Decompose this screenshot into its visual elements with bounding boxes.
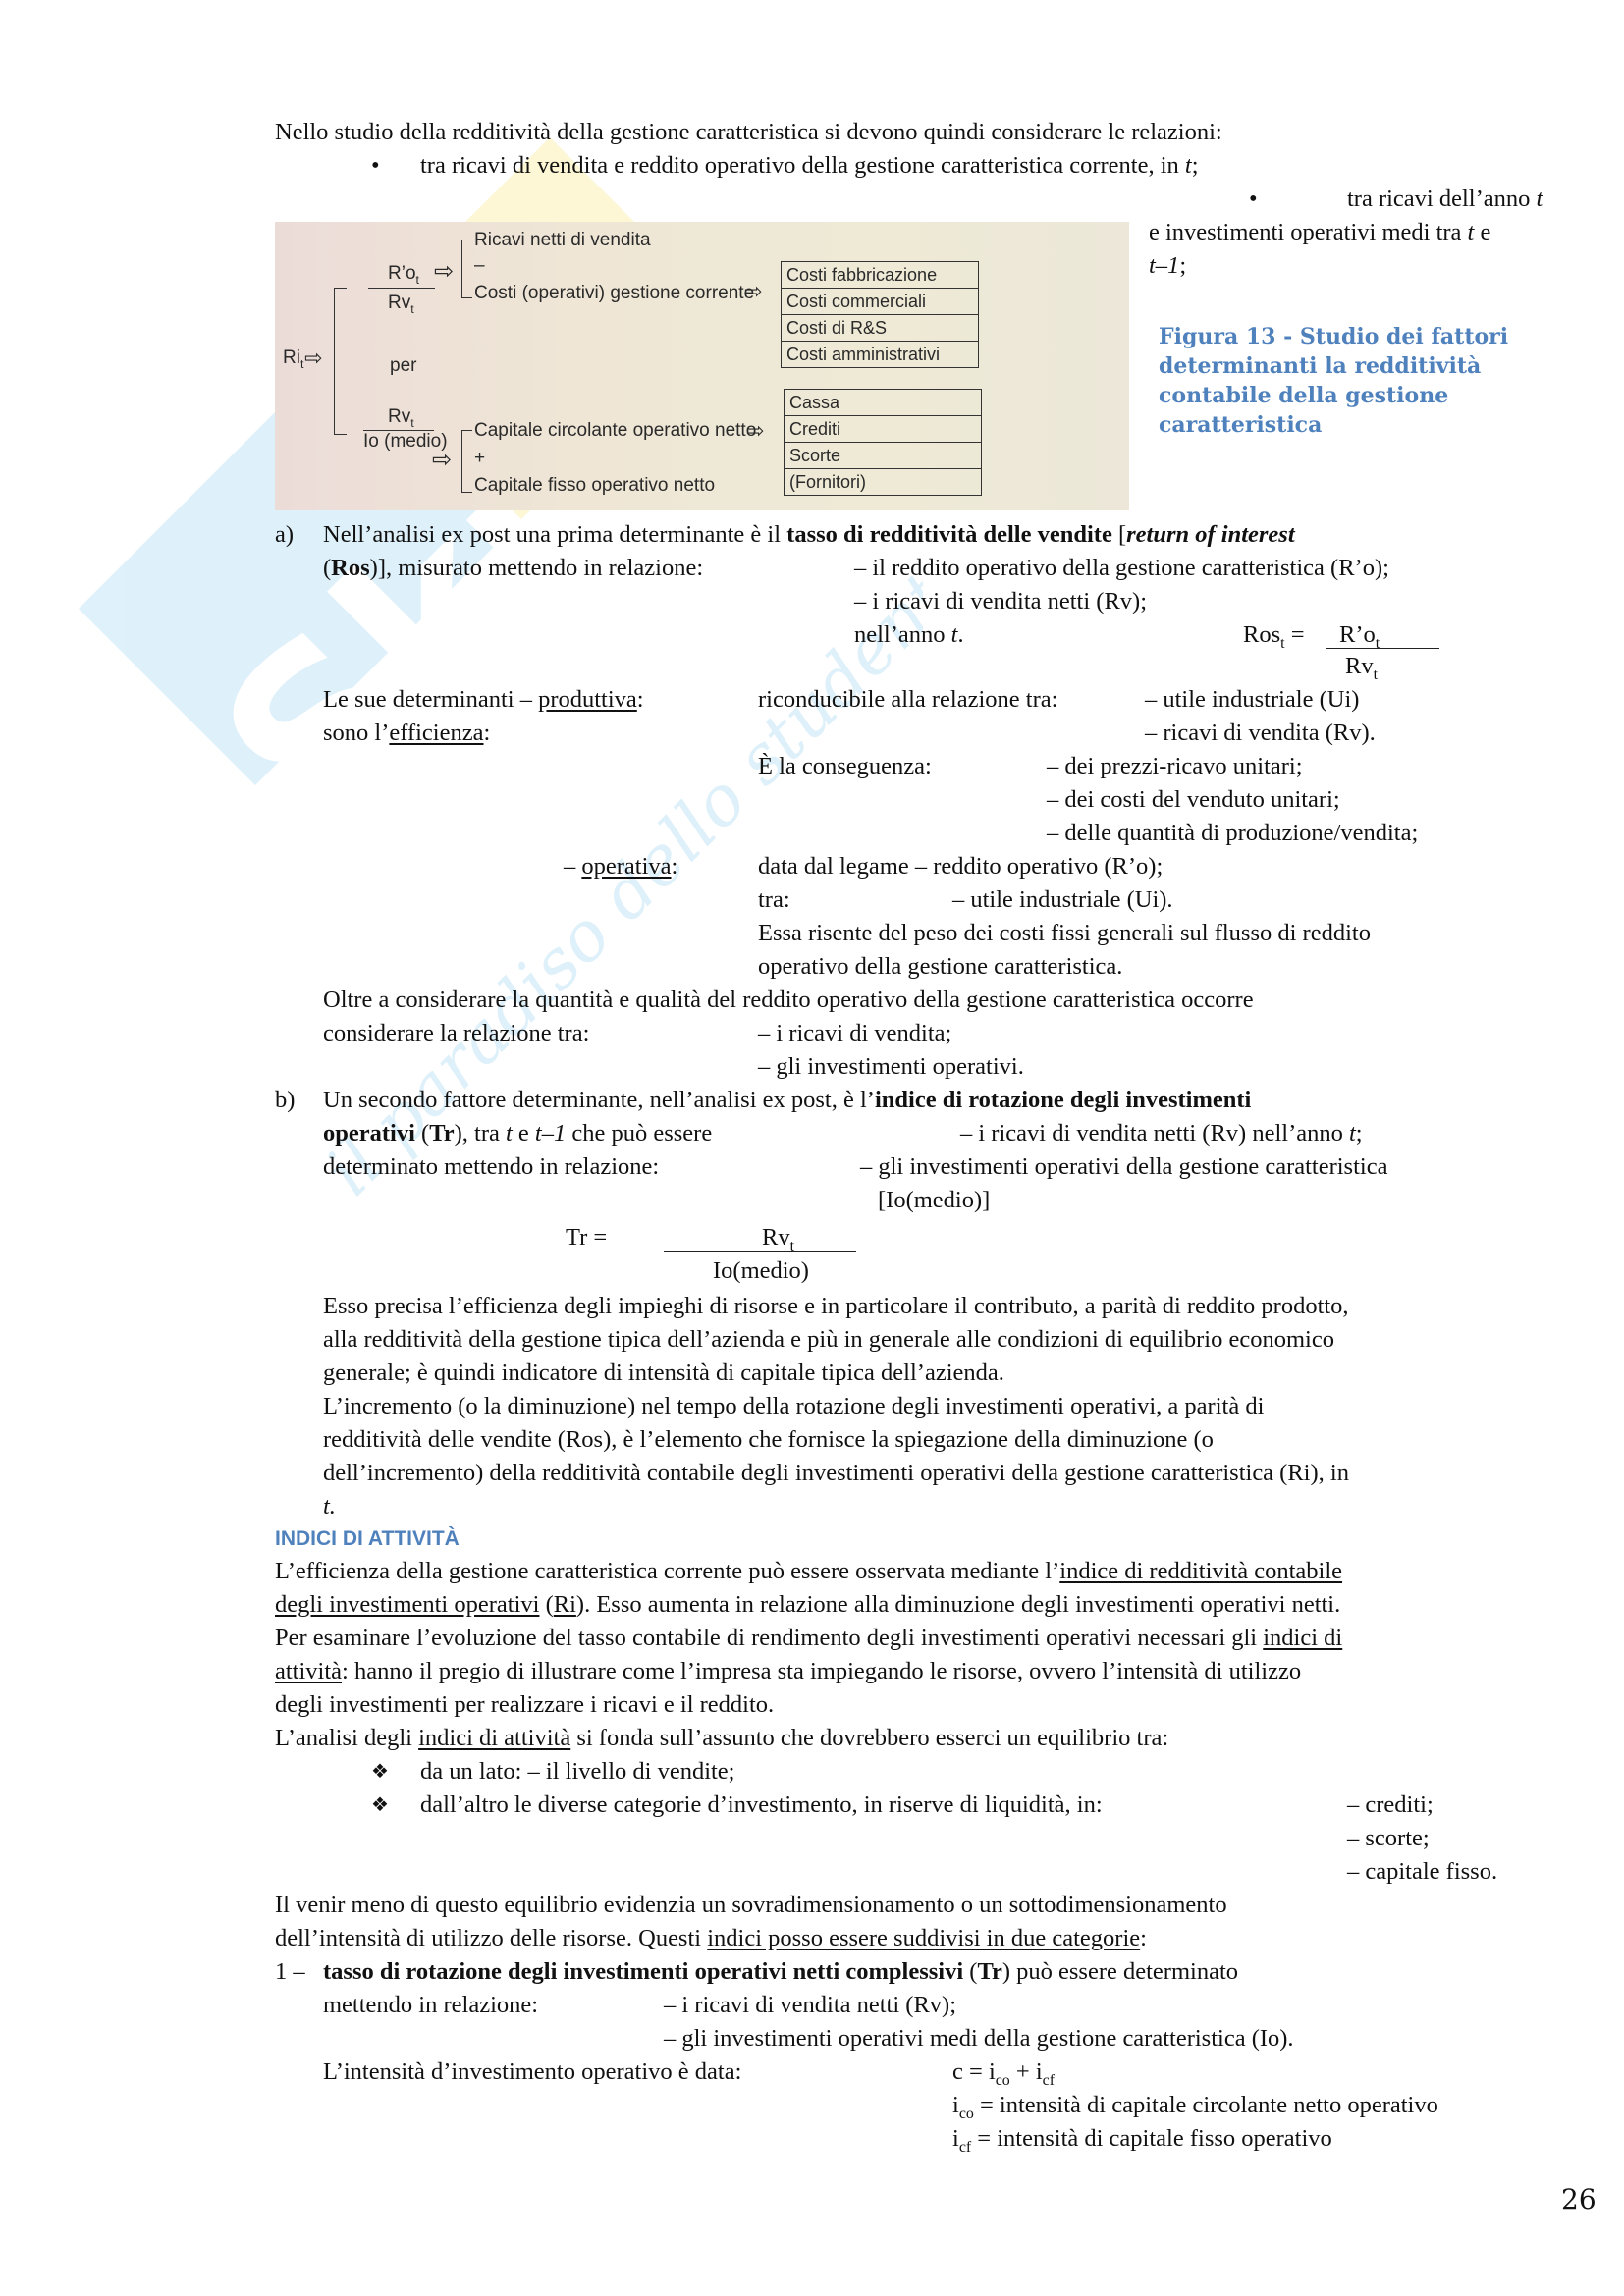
bullet-icon: •	[1249, 183, 1258, 216]
diamond-item-1: da un lato: – il livello di vendite;	[420, 1755, 735, 1789]
intensity-label: L’intensità d’investimento operativo è d…	[323, 2056, 741, 2089]
investment-item: – scorte;	[1347, 1822, 1430, 1855]
bracket	[334, 288, 347, 435]
intro-bullet-2c: t–1;	[1149, 249, 1186, 283]
capital-item: Cassa	[785, 390, 981, 416]
diamond-item-2: dall’altro le diverse categorie d’invest…	[420, 1789, 1103, 1822]
indici-line-8: dell’intensità di utilizzo delle risorse…	[275, 1922, 1147, 1955]
capital-item: (Fornitori)	[785, 469, 981, 495]
numbered-sub-item: – i ricavi di vendita netti (Rv);	[664, 1989, 956, 2022]
capital-item: Scorte	[785, 443, 981, 469]
investment-item: – crediti;	[1347, 1789, 1434, 1822]
oltre-item: – i ricavi di vendita;	[758, 1017, 951, 1050]
arrow-icon: ⇨	[744, 279, 762, 304]
figure-13-diagram: Rit ⇨ R’ot Rvt per Rvt Io (medio) ⇨ Rica…	[275, 222, 1129, 510]
productive-item: – ricavi di vendita (Rv).	[1145, 717, 1376, 750]
lower-branch-fixed: Capitale fisso operativo netto	[474, 475, 715, 497]
section-b-para: t.	[323, 1490, 336, 1523]
figure-caption: Figura 13 - Studio dei fattori determina…	[1159, 322, 1571, 440]
upper-branch-minus: –	[474, 255, 485, 277]
section-b-para: generale; è quindi indicatore di intensi…	[323, 1357, 1004, 1390]
numbered-marker: 1 –	[275, 1955, 305, 1989]
intro-bullet-2b: e investimenti operativi medi tra t e	[1149, 216, 1490, 249]
page-number: 26	[1561, 2183, 1597, 2216]
cost-item: Costi commerciali	[782, 289, 978, 315]
consequence-item: – dei costi del venduto unitari;	[1047, 783, 1340, 817]
section-a-line-2: (Ros)], misurato mettendo in relazione:	[323, 552, 703, 585]
frac1-denominator: Rvt	[388, 293, 414, 316]
efficiency-label: sono l’efficienza:	[323, 717, 490, 750]
ri-label: Rit	[283, 347, 303, 371]
section-b-para: dell’incremento) della redditività conta…	[323, 1457, 1349, 1490]
cost-item: Costi amministrativi	[782, 342, 978, 367]
productive-relation: riconducibile alla relazione tra:	[758, 683, 1057, 717]
lower-branch-circulating: Capitale circolante operativo netto	[474, 420, 756, 442]
intro-lead: Nello studio della redditività della ges…	[275, 116, 1222, 149]
per-label: per	[390, 355, 416, 377]
arrow-icon: ⇨	[304, 346, 322, 371]
productive-item: – utile industriale (Ui)	[1145, 683, 1359, 717]
lower-branch-plus: +	[474, 448, 485, 469]
section-b-marker: b)	[275, 1084, 295, 1117]
upper-branch-costs: Costi (operativi) gestione corrente	[474, 283, 754, 304]
section-b-para: L’incremento (o la diminuzione) nel temp…	[323, 1390, 1264, 1423]
diamond-bullet-icon: ❖	[371, 1755, 389, 1789]
intro-bullet-2a: tra ricavi dell’anno t	[1347, 183, 1543, 216]
numbered-item-1-line-2: mettendo in relazione:	[323, 1989, 538, 2022]
section-a-marker: a)	[275, 518, 294, 552]
indici-line-1: L’efficienza della gestione caratteristi…	[275, 1555, 1342, 1588]
document-page: Skuola.net il paradiso dello studente Ne…	[0, 0, 1624, 2296]
indici-line-6: L’analisi degli indici di attività si fo…	[275, 1722, 1168, 1755]
oltre-line-2: considerare la relazione tra:	[323, 1017, 589, 1050]
frac2-numerator: Rvt	[388, 406, 414, 430]
intro-bullet-1: tra ricavi di vendita e reddito operativ…	[420, 149, 1199, 183]
section-b-line-2: operativi (Tr), tra t e t–1 che può esse…	[323, 1117, 712, 1150]
section-b-line-3: determinato mettendo in relazione:	[323, 1150, 659, 1184]
icf-definition: icf = intensità di capitale fisso operat…	[952, 2122, 1332, 2164]
indici-line-2: degli investimenti operativi (Ri). Esso …	[275, 1588, 1340, 1622]
tr-item-2: – gli investimenti operativi della gesti…	[860, 1150, 1387, 1184]
numbered-sub-item: – gli investimenti operativi medi della …	[664, 2022, 1294, 2056]
capital-box: Cassa Crediti Scorte (Fornitori)	[784, 389, 982, 496]
operative-line-2b: – utile industriale (Ui).	[952, 883, 1173, 917]
section-b-para: Esso precisa l’efficienza degli impieghi…	[323, 1290, 1349, 1323]
oltre-line-1: Oltre a considerare la quantità e qualit…	[323, 984, 1254, 1017]
cost-item: Costi fabbricazione	[782, 262, 978, 289]
frac1-numerator: R’ot	[388, 263, 419, 287]
ros-formula-lhs: Rost =	[1243, 618, 1305, 661]
cost-item: Costi di R&S	[782, 315, 978, 342]
section-b-para: alla redditività della gestione tipica d…	[323, 1323, 1334, 1357]
operative-label: – operativa:	[564, 850, 677, 883]
operative-line-1: data dal legame – reddito operativo (R’o…	[758, 850, 1163, 883]
cost-box: Costi fabbricazione Costi commerciali Co…	[781, 261, 979, 368]
arrow-icon: ⇨	[432, 446, 452, 474]
operative-line-3: Essa risente del peso dei costi fissi ge…	[758, 917, 1371, 950]
indici-line-3: Per esaminare l’evoluzione del tasso con…	[275, 1622, 1342, 1655]
fraction-line	[664, 1251, 856, 1252]
indici-line-5: degli investimenti per realizzare i rica…	[275, 1688, 774, 1722]
tr-item-2b: [Io(medio)]	[878, 1184, 990, 1217]
bullet-icon: •	[371, 149, 380, 183]
ros-item-1: – il reddito operativo della gestione ca…	[854, 552, 1389, 585]
tr-item-1: – i ricavi di vendita netti (Rv) nell’an…	[960, 1117, 1363, 1150]
arrow-icon: ⇨	[434, 257, 454, 286]
oltre-item: – gli investimenti operativi.	[758, 1050, 1024, 1084]
investment-item: – capitale fisso.	[1347, 1855, 1497, 1889]
ros-item-3: nell’anno t.	[854, 618, 964, 652]
bracket	[461, 430, 472, 493]
capital-item: Crediti	[785, 416, 981, 443]
section-heading: INDICI DI ATTIVITÀ	[275, 1527, 460, 1551]
section-a-line-1: Nell’analisi ex post una prima determina…	[323, 518, 1295, 552]
consequence-item: – delle quantità di produzione/vendita;	[1047, 817, 1418, 850]
consequence-label: È la conseguenza:	[758, 750, 932, 783]
arrow-icon: ⇨	[746, 418, 764, 444]
operative-line-4: operativo della gestione caratteristica.	[758, 950, 1122, 984]
section-b-line-1: Un secondo fattore determinante, nell’an…	[323, 1084, 1251, 1117]
fraction-line	[1326, 648, 1439, 649]
bracket	[461, 240, 472, 298]
determinants-label: Le sue determinanti – produttiva:	[323, 683, 644, 717]
tr-formula-lhs: Tr =	[566, 1221, 607, 1255]
diamond-bullet-icon: ❖	[371, 1789, 389, 1822]
operative-line-2a: tra:	[758, 883, 790, 917]
ros-item-2: – i ricavi di vendita netti (Rv);	[854, 585, 1147, 618]
numbered-item-1: tasso di rotazione degli investimenti op…	[323, 1955, 1238, 1989]
section-b-para: redditività delle vendite (Ros), è l’ele…	[323, 1423, 1214, 1457]
tr-formula-denominator: Io(medio)	[713, 1255, 809, 1288]
indici-line-4: attività: hanno il pregio di illustrare …	[275, 1655, 1301, 1688]
upper-branch-revenue: Ricavi netti di vendita	[474, 230, 651, 251]
indici-line-7: Il venir meno di questo equilibrio evide…	[275, 1889, 1227, 1922]
consequence-item: – dei prezzi-ricavo unitari;	[1047, 750, 1303, 783]
